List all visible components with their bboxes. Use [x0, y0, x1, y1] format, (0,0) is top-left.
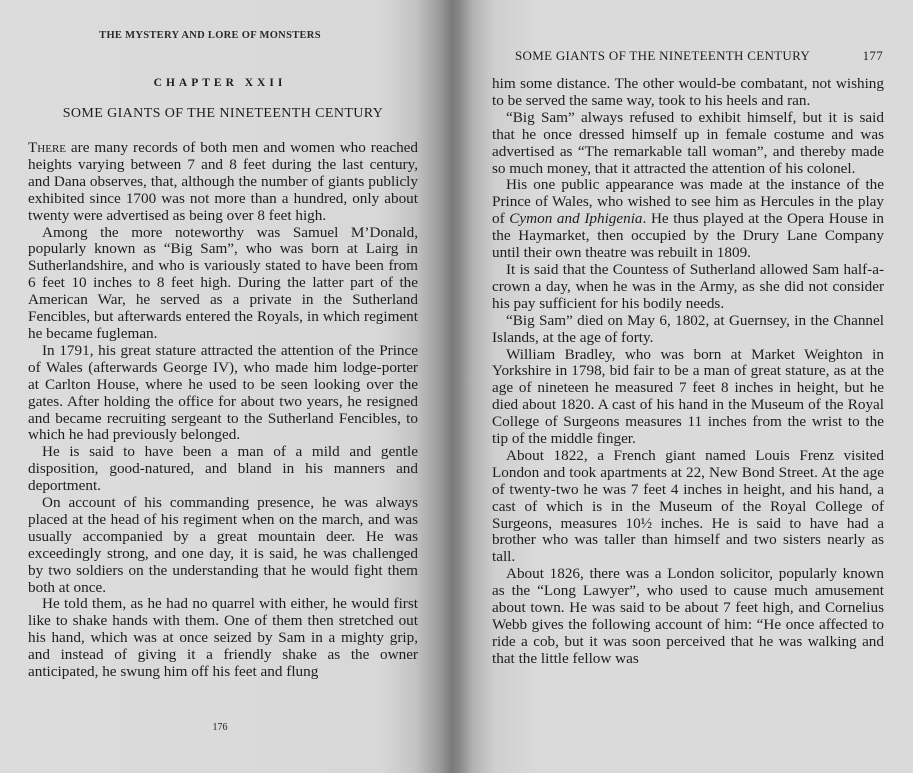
running-head: SOME GIANTS OF THE NINETEENTH CENTURY 17… — [515, 48, 883, 64]
paragraph: “Big Sam” died on May 6, 1802, at Guerns… — [492, 313, 884, 347]
paragraph: In 1791, his great stature attracted the… — [28, 343, 418, 444]
left-page-body: There are many records of both men and w… — [28, 140, 418, 681]
play-title: Cymon and Iphigenia — [509, 210, 642, 227]
paragraph: him some distance. The other would-be co… — [492, 76, 884, 110]
chapter-title: SOME GIANTS OF THE NINETEENTH CENTURY — [0, 106, 446, 122]
running-head: THE MYSTERY AND LORE OF MONSTERS — [0, 30, 420, 41]
paragraph: William Bradley, who was born at Market … — [492, 347, 884, 448]
page-number: 176 — [0, 722, 440, 733]
paragraph: About 1822, a French giant named Louis F… — [492, 448, 884, 566]
opening-word: There — [28, 139, 66, 156]
page-number: 177 — [863, 48, 883, 64]
paragraph: It is said that the Countess of Sutherla… — [492, 262, 884, 313]
book-spread: THE MYSTERY AND LORE OF MONSTERS CHAPTER… — [0, 0, 913, 773]
running-head-title: SOME GIANTS OF THE NINETEENTH CENTURY — [515, 48, 810, 64]
right-page: SOME GIANTS OF THE NINETEENTH CENTURY 17… — [455, 0, 913, 773]
paragraph: On account of his commanding presence, h… — [28, 495, 418, 596]
chapter-number: CHAPTER XXII — [0, 77, 440, 89]
paragraph: There are many records of both men and w… — [28, 140, 418, 225]
paragraph: His one public appearance was made at th… — [492, 177, 884, 262]
left-page: THE MYSTERY AND LORE OF MONSTERS CHAPTER… — [0, 0, 455, 773]
paragraph: Among the more noteworthy was Samuel M’D… — [28, 225, 418, 343]
paragraph: He told them, as he had no quarrel with … — [28, 596, 418, 681]
paragraph: He is said to have been a man of a mild … — [28, 444, 418, 495]
paragraph: “Big Sam” always refused to exhibit hims… — [492, 110, 884, 178]
paragraph: About 1826, there was a London solicitor… — [492, 566, 884, 667]
right-page-body: him some distance. The other would-be co… — [492, 76, 884, 668]
